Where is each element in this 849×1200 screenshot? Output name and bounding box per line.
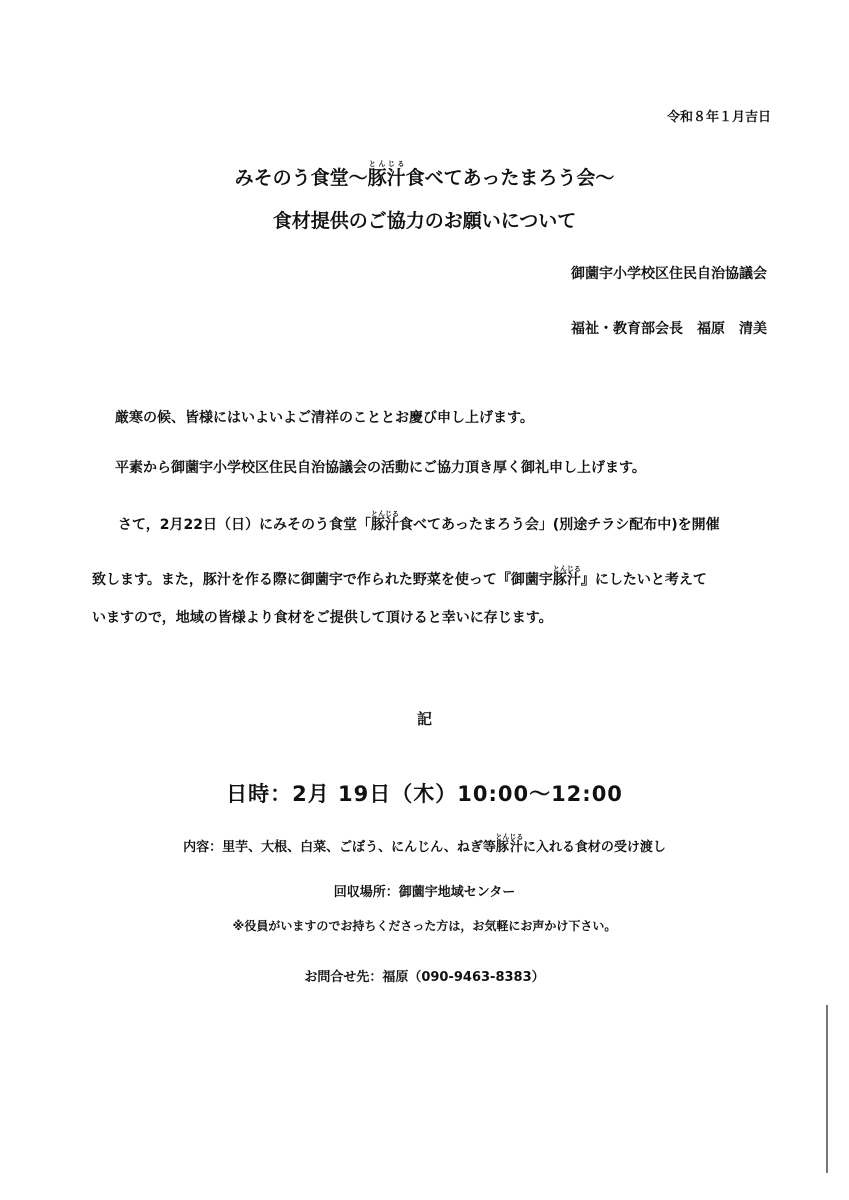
title-line-1: みそのう食堂～豚汁とんじる食べてあったまろう会～ (0, 160, 849, 190)
document-date: 令和８年１月吉日 (667, 106, 771, 125)
title-line-2: 食材提供のご協力のお願いについて (0, 206, 849, 233)
note: ※役員がいますのでお持ちくださった方は，お気軽にお声かけ下さい。 (0, 917, 849, 934)
furigana-tonjiru: 豚汁とんじる (496, 840, 523, 855)
body-line-3: さて，2月22日（日）にみそのう食堂「豚汁とんじる食べてあったまろう会」(別途チ… (118, 510, 720, 534)
title-line-1-post: 食べてあったまろう会～ (406, 167, 615, 189)
furigana-tonjiru: 豚汁とんじる (368, 167, 406, 189)
thanks-paragraph: 平素から御薗宇小学校区住民自治協議会の活動にご協力頂き厚く御礼申し上げます。 (115, 457, 646, 477)
body-line-5: いますので，地域の皆様より食材をご提供して頂けると幸いに存じます。 (92, 607, 553, 627)
furigana-tonjiru: 豚汁とんじる (371, 517, 399, 533)
furigana-tonjiru: 豚汁とんじる (553, 572, 581, 588)
ki-heading: 記 (0, 708, 849, 729)
scan-artifact-line (826, 1005, 828, 1173)
organization-name: 御薗宇小学校区住民自治協議会 (571, 263, 767, 283)
signatory: 福祉・教育部会長 福原 清美 (571, 318, 767, 338)
collection-place: 回収場所：御薗宇地域センター (0, 881, 849, 900)
body-line-4: 致します。また，豚汁を作る際に御薗宇で作られた野菜を使って『御薗宇豚汁とんじる』… (92, 565, 707, 589)
greeting-paragraph: 厳寒の候、皆様にはいよいよご清祥のこととお慶び申し上げます。 (115, 407, 534, 427)
contact-info: お問合せ先：福原（090-9463-8383） (0, 966, 849, 985)
title-line-1-pre: みそのう食堂～ (235, 167, 368, 189)
event-contents: 内容：里芋、大根、白菜、ごぼう、にんじん、ねぎ等豚汁とんじるに入れる食材の受け渡… (0, 833, 849, 855)
event-datetime: 日時：2月 19日（木）10:00～12:00 (0, 778, 849, 808)
